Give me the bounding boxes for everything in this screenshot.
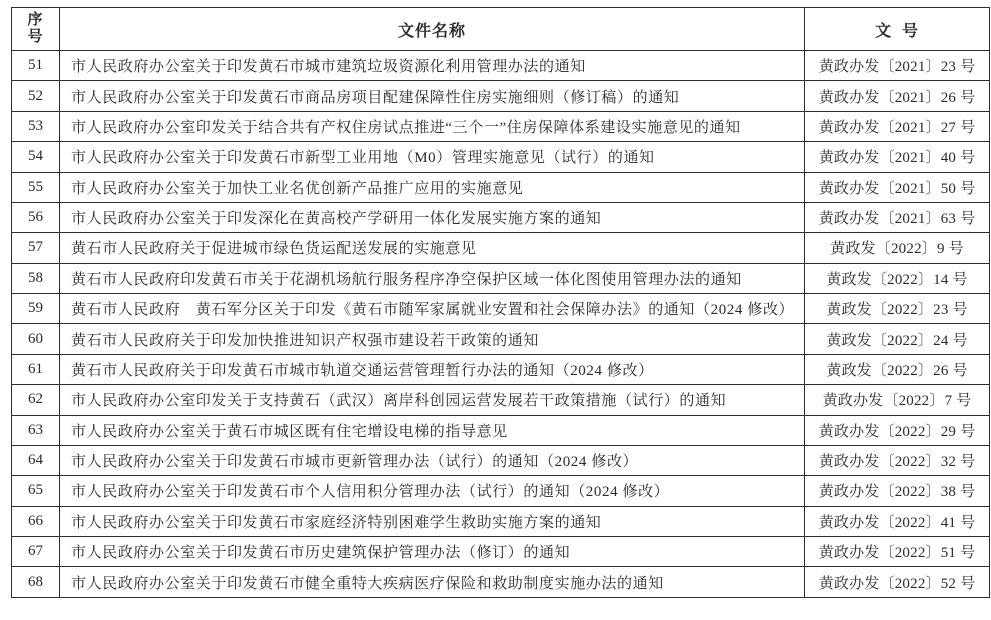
seq-cell: 62 (12, 385, 60, 415)
name-cell: 市人民政府办公室关于印发黄石市历史建筑保护管理办法（修订）的通知 (60, 537, 805, 567)
docno-cell: 黄政发〔2022〕14 号 (805, 263, 990, 293)
table-row: 64 市人民政府办公室关于印发黄石市城市更新管理办法（试行）的通知（2024 修… (12, 445, 990, 475)
docno-cell: 黄政办发〔2021〕40 号 (805, 142, 990, 172)
seq-cell: 57 (12, 233, 60, 263)
docno-cell: 黄政发〔2022〕9 号 (805, 233, 990, 263)
seq-cell: 68 (12, 567, 60, 598)
docno-cell: 黄政发〔2022〕26 号 (805, 354, 990, 384)
seq-cell: 63 (12, 415, 60, 445)
docno-cell: 黄政办发〔2022〕7 号 (805, 385, 990, 415)
name-cell: 黄石市人民政府关于印发黄石市城市轨道交通运营管理暂行办法的通知（2024 修改） (60, 354, 805, 384)
name-cell: 市人民政府办公室关于印发深化在黄高校产学研用一体化发展实施方案的通知 (60, 202, 805, 232)
docno-cell: 黄政办发〔2022〕38 号 (805, 476, 990, 506)
docno-cell: 黄政办发〔2022〕52 号 (805, 567, 990, 598)
seq-cell: 60 (12, 324, 60, 354)
header-file-name: 文件名称 (60, 8, 805, 51)
name-cell: 市人民政府办公室关于印发黄石市健全重特大疾病医疗保险和救助制度实施办法的通知 (60, 567, 805, 598)
seq-cell: 64 (12, 445, 60, 475)
docno-cell: 黄政办发〔2021〕27 号 (805, 111, 990, 141)
document-list-table: 序 号 文件名称 文 号 51 市人民政府办公室关于印发黄石市城市建筑垃圾资源化… (11, 7, 990, 598)
table-row: 67 市人民政府办公室关于印发黄石市历史建筑保护管理办法（修订）的通知 黄政办发… (12, 537, 990, 567)
docno-cell: 黄政办发〔2022〕41 号 (805, 506, 990, 536)
table-row: 62 市人民政府办公室印发关于支持黄石（武汉）离岸科创园运营发展若干政策措施（试… (12, 385, 990, 415)
table-row: 60 黄石市人民政府关于印发加快推进知识产权强市建设若干政策的通知 黄政发〔20… (12, 324, 990, 354)
seq-cell: 51 (12, 51, 60, 81)
name-cell: 黄石市人民政府印发黄石市关于花湖机场航行服务程序净空保护区域一体化图使用管理办法… (60, 263, 805, 293)
docno-cell: 黄政办发〔2021〕50 号 (805, 172, 990, 202)
table-row: 56 市人民政府办公室关于印发深化在黄高校产学研用一体化发展实施方案的通知 黄政… (12, 202, 990, 232)
table-row: 58 黄石市人民政府印发黄石市关于花湖机场航行服务程序净空保护区域一体化图使用管… (12, 263, 990, 293)
name-cell: 市人民政府办公室关于印发黄石市城市建筑垃圾资源化利用管理办法的通知 (60, 51, 805, 81)
seq-cell: 55 (12, 172, 60, 202)
table-row: 63 市人民政府办公室关于黄石市城区既有住宅增设电梯的指导意见 黄政办发〔202… (12, 415, 990, 445)
table-row: 57 黄石市人民政府关于促进城市绿色货运配送发展的实施意见 黄政发〔2022〕9… (12, 233, 990, 263)
name-cell: 市人民政府办公室关于印发黄石市家庭经济特别困难学生救助实施方案的通知 (60, 506, 805, 536)
docno-cell: 黄政办发〔2021〕26 号 (805, 81, 990, 111)
name-cell: 市人民政府办公室关于加快工业名优创新产品推广应用的实施意见 (60, 172, 805, 202)
seq-cell: 52 (12, 81, 60, 111)
table-row: 65 市人民政府办公室关于印发黄石市个人信用积分管理办法（试行）的通知（2024… (12, 476, 990, 506)
table-row: 55 市人民政府办公室关于加快工业名优创新产品推广应用的实施意见 黄政办发〔20… (12, 172, 990, 202)
name-cell: 市人民政府办公室关于印发黄石市城市更新管理办法（试行）的通知（2024 修改） (60, 445, 805, 475)
name-cell: 黄石市人民政府关于促进城市绿色货运配送发展的实施意见 (60, 233, 805, 263)
table-row: 61 黄石市人民政府关于印发黄石市城市轨道交通运营管理暂行办法的通知（2024 … (12, 354, 990, 384)
table-header-row: 序 号 文件名称 文 号 (12, 8, 990, 51)
seq-cell: 61 (12, 354, 60, 384)
table-row: 68 市人民政府办公室关于印发黄石市健全重特大疾病医疗保险和救助制度实施办法的通… (12, 567, 990, 598)
seq-cell: 65 (12, 476, 60, 506)
docno-cell: 黄政办发〔2021〕63 号 (805, 202, 990, 232)
table-row: 51 市人民政府办公室关于印发黄石市城市建筑垃圾资源化利用管理办法的通知 黄政办… (12, 51, 990, 81)
table-row: 59 黄石市人民政府 黄石军分区关于印发《黄石市随军家属就业安置和社会保障办法》… (12, 294, 990, 324)
seq-cell: 53 (12, 111, 60, 141)
docno-cell: 黄政办发〔2022〕29 号 (805, 415, 990, 445)
name-cell: 黄石市人民政府 黄石军分区关于印发《黄石市随军家属就业安置和社会保障办法》的通知… (60, 294, 805, 324)
header-seq-no: 序 号 (12, 8, 60, 51)
name-cell: 市人民政府办公室关于印发黄石市个人信用积分管理办法（试行）的通知（2024 修改… (60, 476, 805, 506)
seq-cell: 67 (12, 537, 60, 567)
name-cell: 市人民政府办公室印发关于支持黄石（武汉）离岸科创园运营发展若干政策措施（试行）的… (60, 385, 805, 415)
seq-cell: 59 (12, 294, 60, 324)
table-row: 53 市人民政府办公室印发关于结合共有产权住房试点推进“三个一”住房保障体系建设… (12, 111, 990, 141)
name-cell: 黄石市人民政府关于印发加快推进知识产权强市建设若干政策的通知 (60, 324, 805, 354)
docno-cell: 黄政办发〔2022〕32 号 (805, 445, 990, 475)
docno-cell: 黄政发〔2022〕24 号 (805, 324, 990, 354)
seq-cell: 54 (12, 142, 60, 172)
docno-cell: 黄政办发〔2021〕23 号 (805, 51, 990, 81)
name-cell: 市人民政府办公室关于印发黄石市新型工业用地（M0）管理实施意见（试行）的通知 (60, 142, 805, 172)
document-page: 序 号 文件名称 文 号 51 市人民政府办公室关于印发黄石市城市建筑垃圾资源化… (0, 0, 991, 620)
docno-cell: 黄政办发〔2022〕51 号 (805, 537, 990, 567)
table-row: 54 市人民政府办公室关于印发黄石市新型工业用地（M0）管理实施意见（试行）的通… (12, 142, 990, 172)
seq-cell: 66 (12, 506, 60, 536)
table-row: 66 市人民政府办公室关于印发黄石市家庭经济特别困难学生救助实施方案的通知 黄政… (12, 506, 990, 536)
seq-cell: 58 (12, 263, 60, 293)
table-row: 52 市人民政府办公室关于印发黄石市商品房项目配建保障性住房实施细则（修订稿）的… (12, 81, 990, 111)
docno-cell: 黄政发〔2022〕23 号 (805, 294, 990, 324)
name-cell: 市人民政府办公室关于黄石市城区既有住宅增设电梯的指导意见 (60, 415, 805, 445)
seq-cell: 56 (12, 202, 60, 232)
header-doc-no: 文 号 (805, 8, 990, 51)
name-cell: 市人民政府办公室关于印发黄石市商品房项目配建保障性住房实施细则（修订稿）的通知 (60, 81, 805, 111)
name-cell: 市人民政府办公室印发关于结合共有产权住房试点推进“三个一”住房保障体系建设实施意… (60, 111, 805, 141)
